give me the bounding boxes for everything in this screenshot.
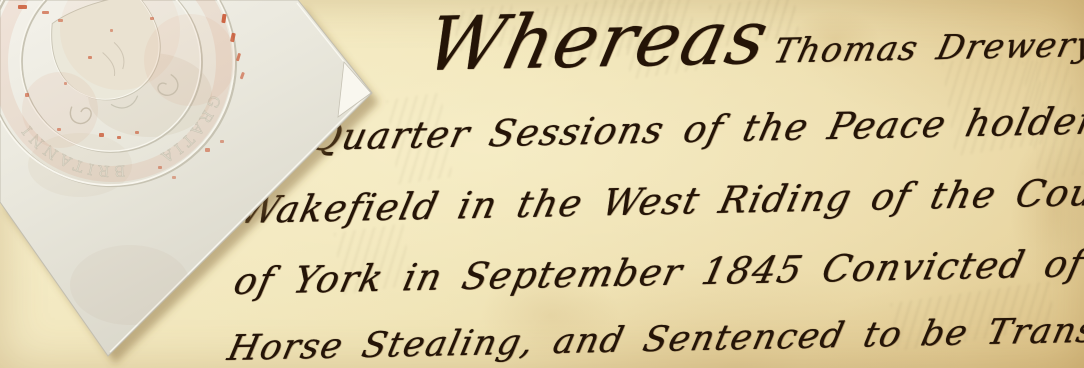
seal-shield-detail [101,41,128,77]
manuscript-line-3: Wakefield in the West Riding of the Coun… [236,169,1084,232]
age-smudge [28,133,132,197]
seal-outer-ring-highlight [0,0,266,217]
document-paper: WhereasThomas Drewery was Quarter Sessio… [0,0,1084,368]
seal-scroll-left [68,101,94,126]
manuscript-line-1: WhereasThomas Drewery was [420,0,1084,80]
svg-text:BRITANNI: BRITANNI [14,96,130,207]
seal-inner-ring-highlight [0,0,224,175]
seal-ring-text-bottom: GRATIA [143,88,239,169]
manuscript-line-2: Quarter Sessions of the Peace holden [306,99,1084,159]
manuscript-line-5: Horse Stealing, and Sentenced to be Tran… [224,308,1084,368]
fold-tip-crease [338,62,371,117]
seal-inner-ring [0,0,225,175]
seal-red-tint-ring [0,0,253,203]
seal-scroll-center [111,96,140,112]
folded-corner-with-seal: GRATIA BRITANNI [0,0,400,368]
opening-word: Whereas [418,0,777,88]
folded-corner [0,0,372,356]
embossed-royal-seal: GRATIA BRITANNI [0,0,268,219]
age-smudge [70,245,190,325]
line-1-text: Thomas Drewery was [770,23,1084,72]
seal-wax-traces [18,0,245,179]
seal-scroll-right [155,73,181,98]
seal-shield-highlight [43,0,173,113]
svg-text:GRATIA: GRATIA [143,88,239,169]
seal-outer-ring [0,0,268,218]
seal-shield [42,0,174,114]
manuscript-line-4: of York in September 1845 Convicted of [230,242,1084,303]
seal-ring-text-left: BRITANNI [14,96,130,207]
age-smudge [88,53,212,137]
